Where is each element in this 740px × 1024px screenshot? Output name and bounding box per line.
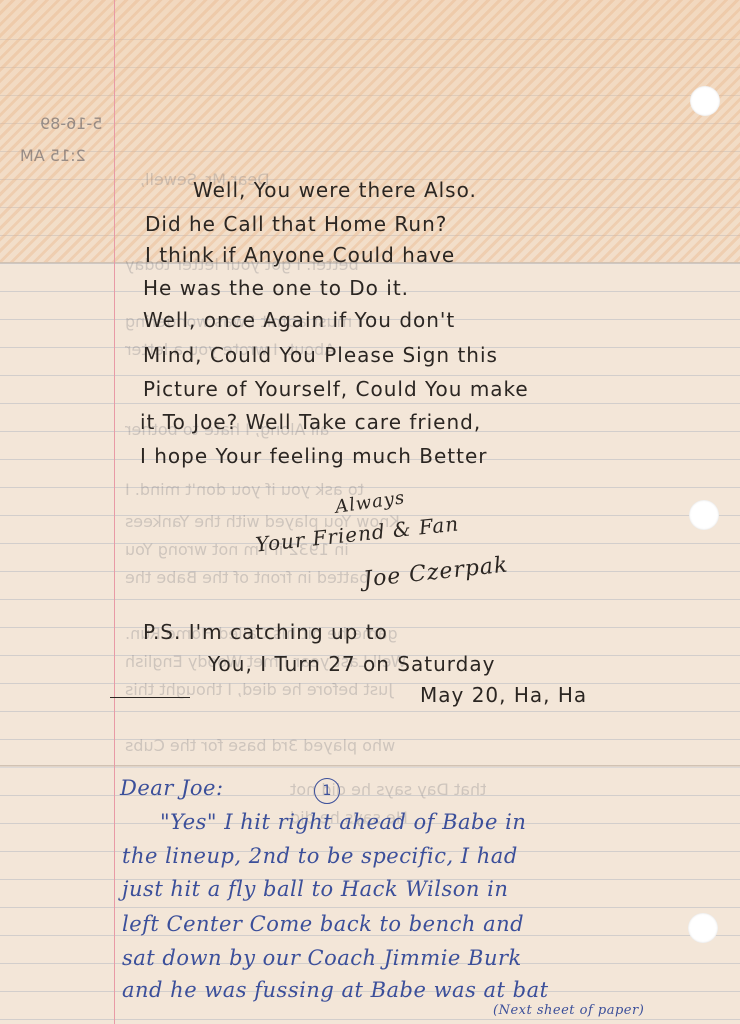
ghost-line: batted in front of the Babe the — [125, 568, 369, 587]
letter-line: Did he Call that Home Run? — [145, 212, 447, 236]
reply-line: the lineup, 2nd to be specific, I had — [122, 844, 518, 868]
letter-line: I think if Anyone Could have — [145, 243, 455, 267]
reply-line: sat down by our Coach Jimmie Burk — [122, 946, 522, 970]
reply-line: just hit a fly ball to Hack Wilson in — [122, 877, 508, 901]
signature: Joe Czerpak — [362, 552, 509, 592]
fold-crease-bottom — [0, 765, 740, 768]
punch-hole-bottom — [688, 913, 718, 943]
reply-line: and he was fussing at Babe was at bat — [122, 978, 549, 1002]
ghost-line: to ask you if you don't mind. I — [125, 480, 364, 499]
notebook-paper: 5-16-89 2:15 AM Dear Mr. Sewell, better.… — [0, 0, 740, 1024]
punch-hole-middle — [689, 500, 719, 530]
reply-line: "Yes" I hit right ahead of Babe in — [160, 810, 526, 834]
letter-line: I hope Your feeling much Better — [140, 444, 488, 468]
letter-line: it To Joe? Well Take care friend, — [140, 410, 481, 434]
punch-hole-top — [690, 86, 720, 116]
letter-line: Picture of Yourself, Could You make — [143, 377, 529, 401]
ps-line: P.S. I'm catching up to — [143, 620, 388, 644]
ps-line: You, I Turn 27 on Saturday — [208, 652, 495, 676]
letter-line: He was the one to Do it. — [143, 276, 409, 300]
reply-footnote: (Next sheet of paper) — [493, 1003, 644, 1018]
letter-line: Well, You were there Also. — [193, 178, 477, 202]
page-number-marker: 1 — [314, 778, 340, 804]
ghost-line: who played 3rd base for the Cubs — [125, 736, 395, 755]
reply-salutation: Dear Joe: — [120, 776, 224, 800]
letter-line: Well, once Again if You don't — [143, 308, 455, 332]
ps-line: May 20, Ha, Ha — [420, 683, 587, 707]
reply-line: left Center Come back to bench and — [122, 912, 524, 936]
bleed-time: 2:15 AM — [20, 146, 86, 165]
margin-line — [114, 0, 115, 1024]
pen-stroke — [110, 697, 190, 698]
letter-line: Mind, Could You Please Sign this — [143, 343, 498, 367]
bleed-date: 5-16-89 — [40, 114, 102, 133]
